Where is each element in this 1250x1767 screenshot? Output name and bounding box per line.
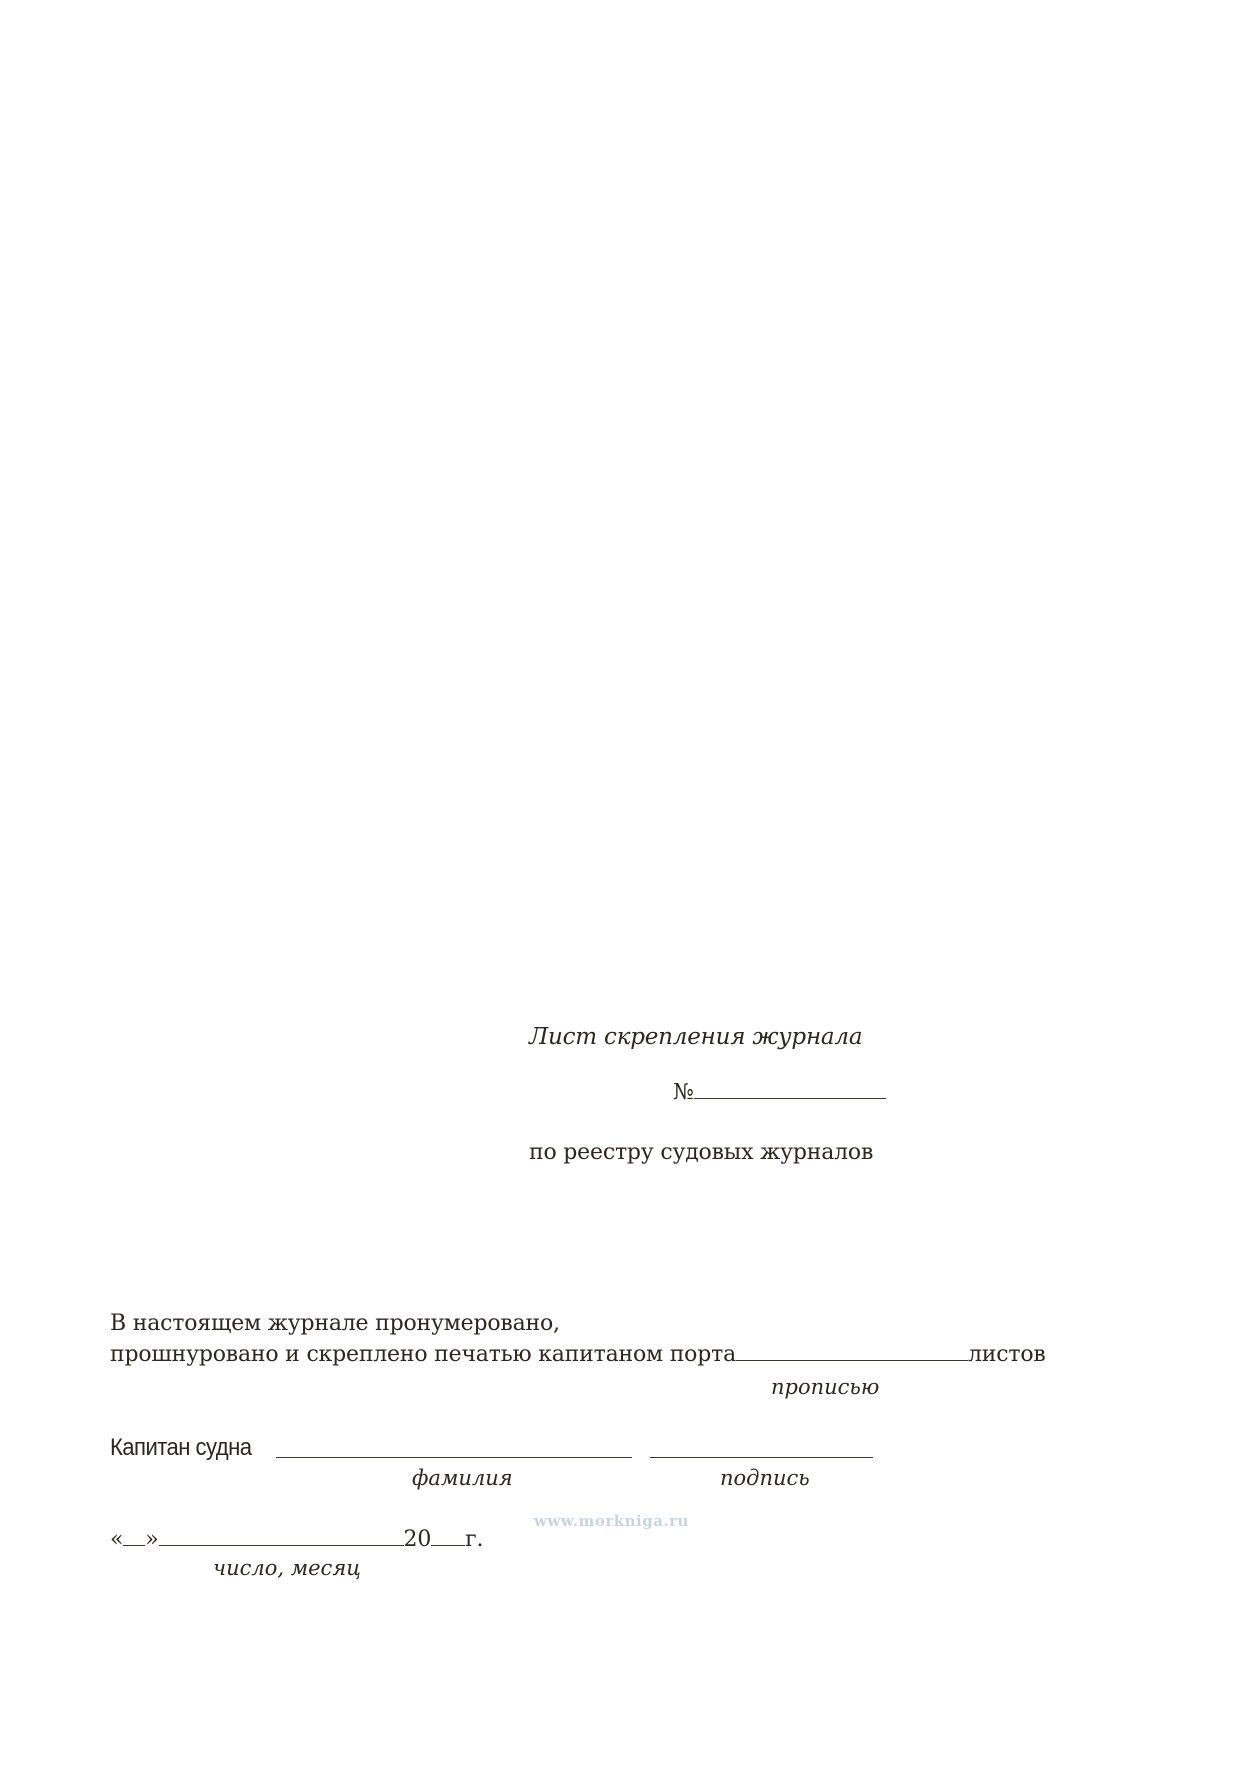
registry-line: по реестру судовых журналов — [529, 1142, 873, 1164]
number-sign-label: № — [673, 1080, 694, 1105]
journal-number-field[interactable] — [694, 1097, 886, 1099]
year-suffix: г. — [465, 1527, 483, 1552]
close-quote: » — [145, 1527, 158, 1552]
body-line-1: В настоящем журнале пронумеровано, — [110, 1313, 560, 1335]
open-quote: « — [110, 1527, 123, 1552]
surname-hint: фамилия — [412, 1468, 513, 1489]
month-field[interactable] — [159, 1544, 404, 1546]
date-row: «»20г. — [110, 1529, 483, 1551]
captain-surname-field[interactable] — [276, 1456, 632, 1458]
document-page: Лист скрепления журнала № по реестру суд… — [0, 0, 1250, 1767]
sheet-count-field[interactable] — [736, 1359, 968, 1361]
body-line-2-suffix: листов — [968, 1342, 1046, 1367]
signature-hint: подпись — [720, 1468, 810, 1489]
year-prefix: 20 — [404, 1527, 432, 1552]
year-field[interactable] — [431, 1544, 465, 1546]
watermark: www.morkniga.ru — [534, 1514, 689, 1529]
captain-signature-field[interactable] — [650, 1456, 873, 1458]
day-field[interactable] — [123, 1544, 145, 1546]
body-line-2-prefix: прошнуровано и скреплено печатью капитан… — [110, 1342, 736, 1367]
date-hint: число, месяц — [213, 1558, 361, 1579]
document-title: Лист скрепления журнала — [529, 1026, 862, 1049]
body-line-2: прошнуровано и скреплено печатью капитан… — [110, 1344, 1046, 1366]
sheet-count-hint: прописью — [771, 1377, 879, 1398]
journal-number-row: № — [673, 1082, 886, 1104]
captain-row: Капитан судна — [110, 1436, 264, 1460]
captain-label: Капитан судна — [110, 1436, 251, 1460]
